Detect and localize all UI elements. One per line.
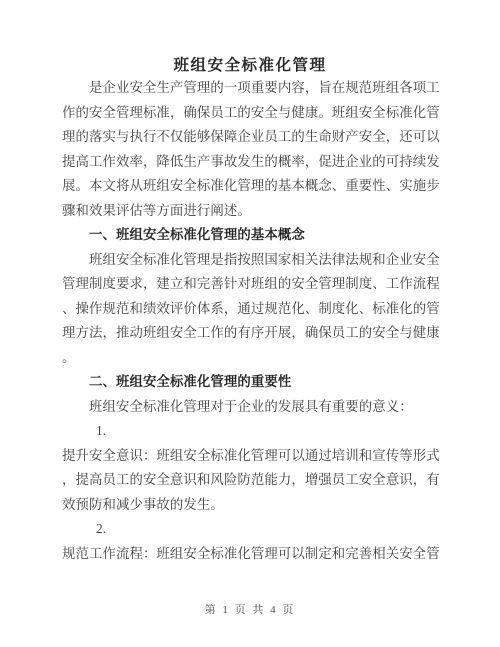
- list-item1-line: 提升安全意识：班组安全标准化管理可以通过培训和宣传等形式: [62, 444, 442, 469]
- section2-heading: 二、班组安全标准化管理的重要性: [62, 370, 442, 395]
- list-item1-line: ，提高员工的安全意识和风险防范能力，增强员工安全意识，有: [62, 468, 442, 493]
- document-body: 是企业安全生产管理的一项重要内容，旨在规范班组各项工 作的安全管理标准，确保员工…: [62, 76, 442, 566]
- list-item2-line: 规范工作流程：班组安全标准化管理可以制定和完善相关安全管: [62, 542, 442, 567]
- intro-paragraph-line: 展。本文将从班组安全标准化管理的基本概念、重要性、实施步: [62, 174, 442, 199]
- intro-paragraph-line: 是企业安全生产管理的一项重要内容，旨在规范班组各项工: [62, 76, 442, 101]
- intro-paragraph-line: 作的安全管理标准，确保员工的安全与健康。班组安全标准化管: [62, 101, 442, 126]
- section1-paragraph-line: 班组安全标准化管理是指按照国家相关法律法规和企业安全: [62, 248, 442, 273]
- intro-paragraph-line: 提高工作效率，降低生产事故发生的概率，促进企业的可持续发: [62, 150, 442, 175]
- page-number-footer: 第 1 页 共 4 页: [0, 602, 500, 618]
- section1-paragraph-line: 、操作规范和绩效评价体系，通过规范化、制度化、标准化的管: [62, 297, 442, 322]
- section1-paragraph-line: 。: [62, 346, 442, 371]
- list-item-number: 1.: [62, 419, 442, 444]
- list-item1-line: 效预防和减少事故的发生。: [62, 493, 442, 518]
- intro-paragraph-line: 骤和效果评估等方面进行阐述。: [62, 199, 442, 224]
- section1-paragraph-line: 管理制度要求，建立和完善针对班组的安全管理制度、工作流程: [62, 272, 442, 297]
- list-item-number: 2.: [62, 517, 442, 542]
- document-page: 班组安全标准化管理 是企业安全生产管理的一项重要内容，旨在规范班组各项工 作的安…: [0, 0, 500, 647]
- section2-lead-line: 班组安全标准化管理对于企业的发展具有重要的意义：: [62, 395, 442, 420]
- section1-paragraph-line: 理方法，推动班组安全工作的有序开展，确保员工的安全与健康: [62, 321, 442, 346]
- section1-heading: 一、班组安全标准化管理的基本概念: [62, 223, 442, 248]
- document-title: 班组安全标准化管理: [61, 53, 439, 75]
- intro-paragraph-line: 理的落实与执行不仅能够保障企业员工的生命财产安全，还可以: [62, 125, 442, 150]
